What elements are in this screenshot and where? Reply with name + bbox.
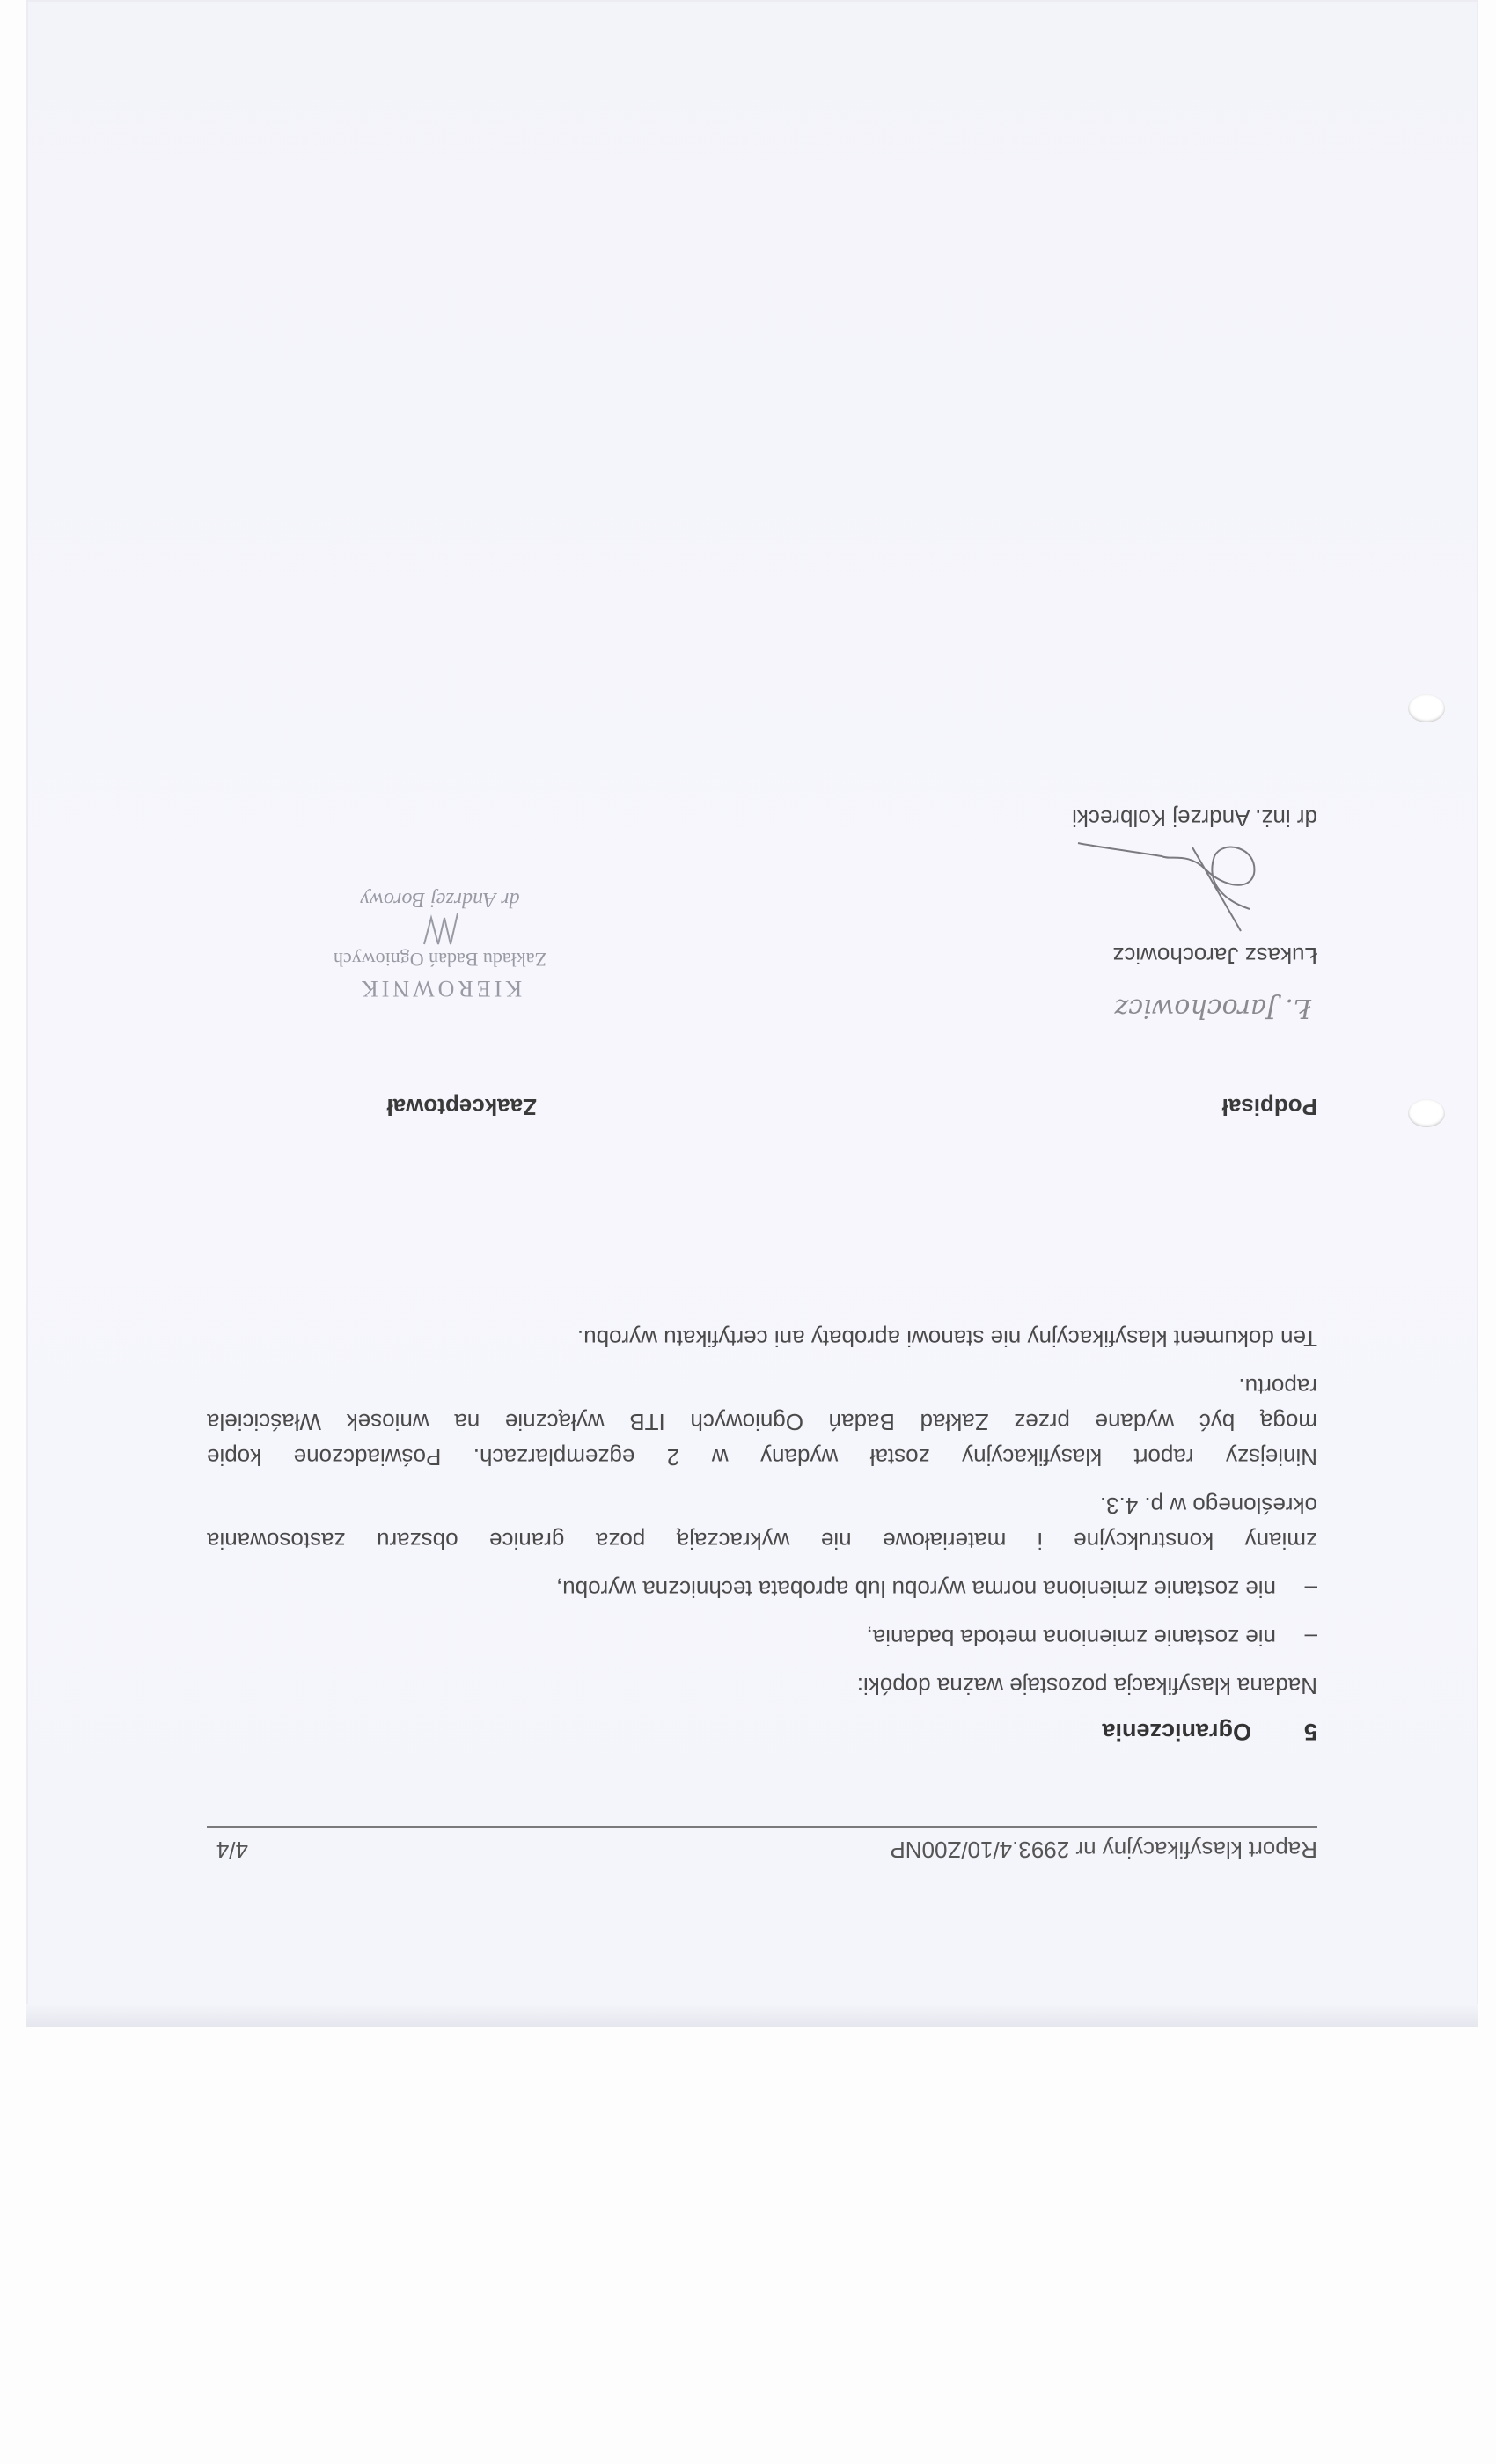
- paragraph-line: określonego w p. 4.3.: [1100, 1492, 1317, 1519]
- handwritten-signature-jarochowicz: Ł. Jarochowicz: [1114, 993, 1311, 1023]
- signed-by-label: Podpisał: [1222, 1093, 1317, 1120]
- disclaimer-text: Ten dokument klasyfikacyjny nie stanowi …: [577, 1324, 1317, 1352]
- bullet-item: nie zostanie zmieniona norma wyrobu lub …: [556, 1575, 1276, 1602]
- bullet-marker: –: [1305, 1624, 1317, 1651]
- accepted-by-label: Zaakceptował: [386, 1093, 537, 1120]
- section-title: Ograniczenia: [1102, 1718, 1251, 1745]
- stamp-title: KIEROWNIK: [299, 975, 581, 1001]
- report-number-header: Raport klasyfikacyjny nr 2993.4/10/Z00NP: [890, 1836, 1317, 1863]
- paragraph-line: zmiany konstrukcyjne i materiałowe nie w…: [207, 1527, 1317, 1554]
- punch-hole: [1408, 694, 1445, 722]
- bullet-item: nie zostanie zmieniona metoda badania,: [867, 1624, 1276, 1651]
- stamp-department: Zakładu Badań Ogniowych: [299, 948, 581, 971]
- signer-name: Łukasz Jarochowicz: [1112, 942, 1317, 969]
- signer-name: dr inż. Andrzej Kolbrecki: [1072, 804, 1317, 832]
- intro-text: Nadana klasyfikacja pozostaje ważna dopó…: [857, 1672, 1317, 1699]
- bullet-marker: –: [1305, 1575, 1317, 1602]
- section-number: 5: [1304, 1718, 1317, 1745]
- paragraph-line: mogą być wydane przez Zakład Badań Ognio…: [207, 1408, 1317, 1435]
- page-edge-shadow: [26, 2004, 1478, 2027]
- handwritten-signature-kolbrecki: [1074, 839, 1276, 935]
- header-divider: [207, 1826, 1317, 1828]
- page-number: 4/4: [216, 1836, 248, 1863]
- punch-hole: [1408, 1099, 1445, 1127]
- scanned-page: Raport klasyfikacyjny nr 2993.4/10/Z00NP…: [26, 0, 1478, 2027]
- stamp-signature: [414, 905, 466, 949]
- stamp-name: dr Andrzej Borowy: [299, 887, 581, 911]
- paragraph-line: raportu.: [1238, 1373, 1317, 1400]
- paragraph-line: Niniejszy raport klasyfikacyjny został w…: [207, 1443, 1317, 1470]
